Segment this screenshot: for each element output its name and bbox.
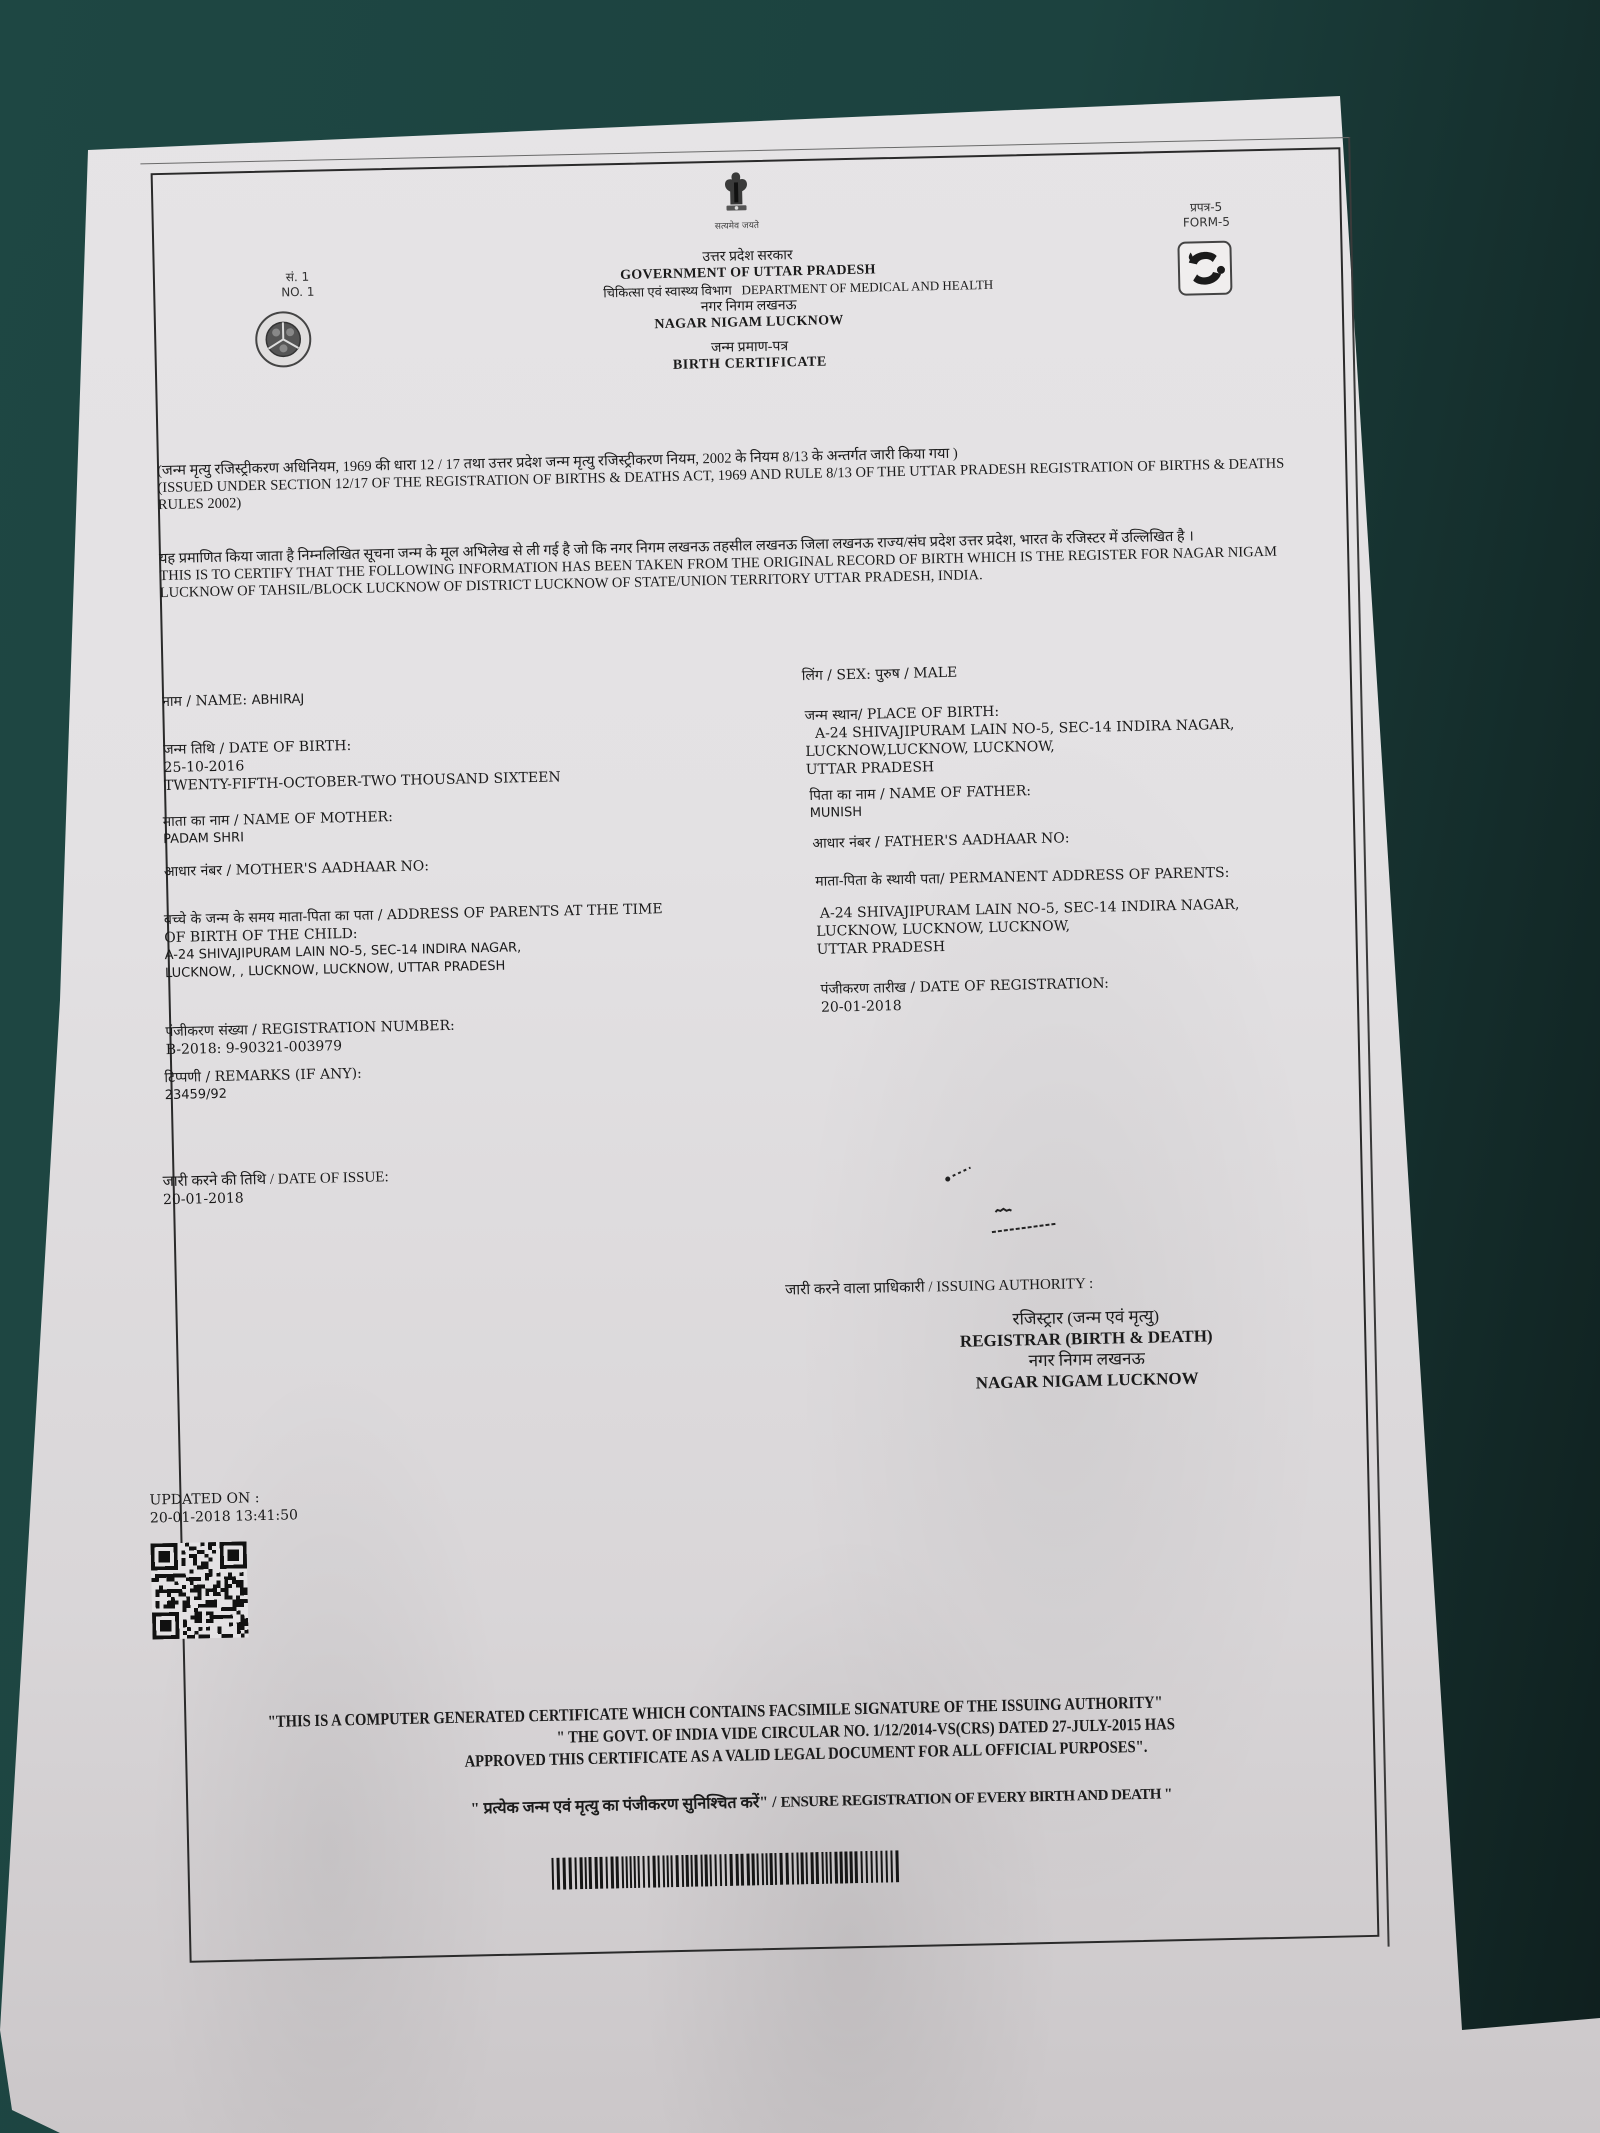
field-permanent-address: माता-पिता के स्थायी पता/ PERMANENT ADDRE… — [815, 863, 1247, 958]
form-number: प्रपत्र-5 FORM-5 — [1182, 200, 1230, 231]
field-date-of-issue: जारी करने की तिथि / DATE OF ISSUE: 20-01… — [162, 1168, 389, 1209]
field-address-at-birth: बच्चे के जन्म के समय माता-पिता का पता / … — [164, 900, 665, 983]
sex: पुरुष / MALE — [875, 665, 957, 683]
field-remarks: टिप्पणी / REMARKS (IF ANY): 23459/92 — [164, 1065, 362, 1105]
child-name: ABHIRAJ — [251, 692, 304, 708]
field-place-of-birth: जन्म स्थान/ PLACE OF BIRTH: A-24 SHIVAJI… — [804, 696, 1325, 779]
field-father-name: पिता का नाम / NAME OF FATHER: MUNISH — [809, 782, 1031, 823]
field-sex: लिंग / SEX: पुरुष / MALE — [802, 664, 958, 685]
updated-timestamp: 20-01-2018 13:41:50 — [150, 1506, 298, 1527]
ashoka-emblem-icon: सत्यमेव जयते — [706, 170, 768, 241]
facsimile-signature-icon — [942, 1159, 1064, 1242]
certificate-header: सत्यमेव जयते सं. 1 NO. 1 प्रपत्र-5 FORM-… — [151, 147, 1347, 443]
birth-certificate: सत्यमेव जयते सं. 1 NO. 1 प्रपत्र-5 FORM-… — [151, 147, 1380, 1963]
updated-on: UPDATED ON : 20-01-2018 13:41:50 — [149, 1488, 298, 1527]
field-date-of-birth: जन्म तिथि / DATE OF BIRTH: 25-10-2016 TW… — [163, 732, 561, 795]
field-registration-number: पंजीकरण संख्या / REGISTRATION NUMBER: B-… — [165, 1017, 455, 1059]
field-name: नाम / NAME: ABHIRAJ — [162, 690, 305, 712]
field-mother-name: माता का नाम / NAME OF MOTHER: PADAM SHRI — [163, 808, 394, 849]
qr-code-icon — [151, 1541, 249, 1639]
issuing-body-title: उत्तर प्रदेश सरकार GOVERNMENT OF UTTAR P… — [153, 235, 1345, 385]
field-date-of-registration: पंजीकरण तारीख / DATE OF REGISTRATION: 20… — [820, 974, 1109, 1016]
issuing-authority: जारी करने वाला प्राधिकारी / ISSUING AUTH… — [915, 1269, 1257, 1394]
